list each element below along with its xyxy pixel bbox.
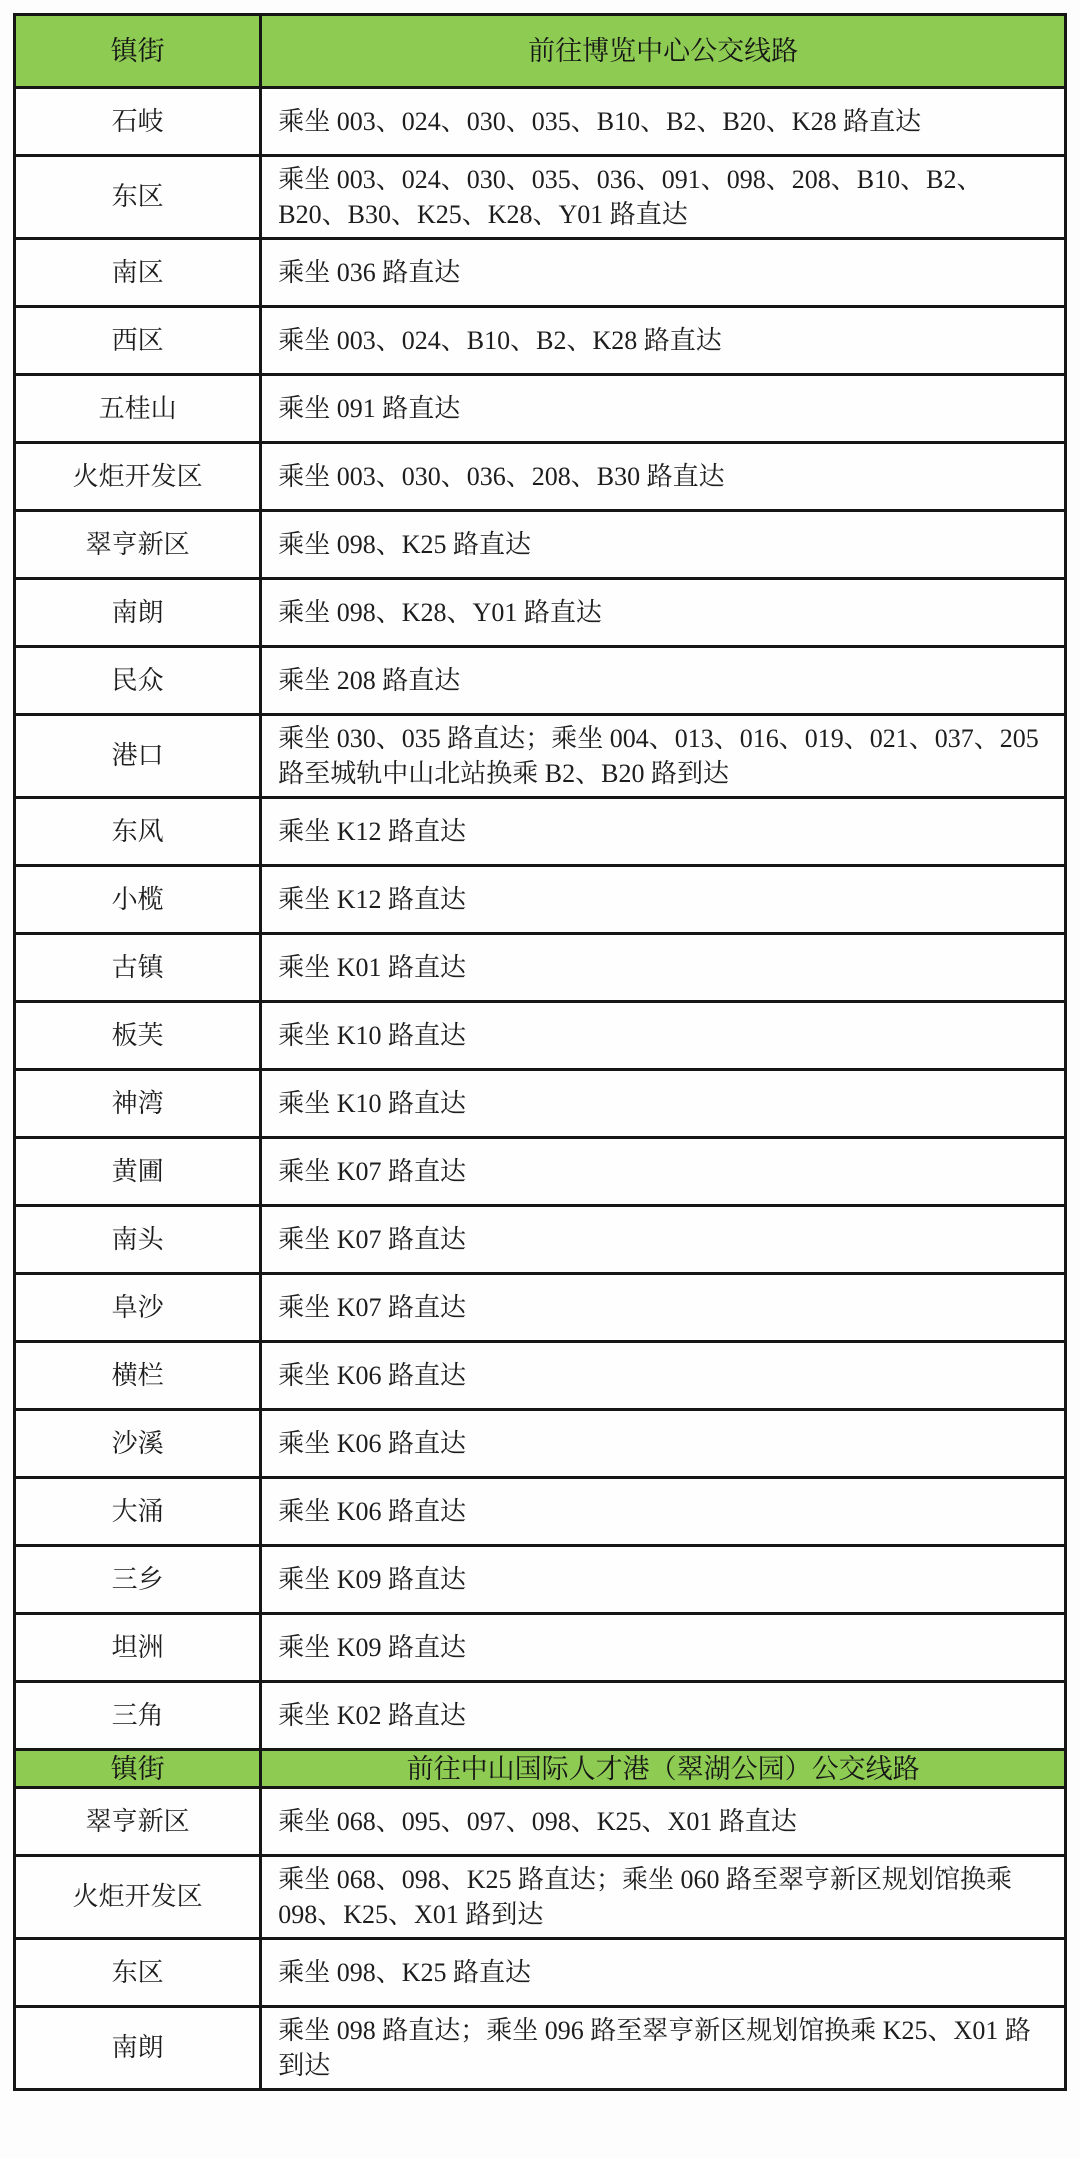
town-cell: 民众: [16, 648, 262, 713]
bus-routes-table: 镇街前往博览中心公交线路石岐乘坐 003、024、030、035、B10、B2、…: [13, 13, 1067, 2091]
routes-cell: 乘坐 003、024、030、035、B10、B2、B20、K28 路直达: [262, 89, 1064, 154]
table-row: 大涌乘坐 K06 路直达: [16, 1476, 1064, 1544]
header-town-label: 镇街: [16, 1751, 262, 1786]
town-cell: 火炬开发区: [16, 444, 262, 509]
table-row: 五桂山乘坐 091 路直达: [16, 373, 1064, 441]
town-cell: 石岐: [16, 89, 262, 154]
town-cell: 三角: [16, 1683, 262, 1748]
table-row: 小榄乘坐 K12 路直达: [16, 864, 1064, 932]
routes-cell: 乘坐 068、098、K25 路直达；乘坐 060 路至翠亨新区规划馆换乘 09…: [262, 1857, 1064, 1937]
routes-cell: 乘坐 K02 路直达: [262, 1683, 1064, 1748]
routes-cell: 乘坐 003、024、030、035、036、091、098、208、B10、B…: [262, 157, 1064, 237]
routes-cell: 乘坐 098 路直达；乘坐 096 路至翠亨新区规划馆换乘 K25、X01 路到…: [262, 2008, 1064, 2088]
town-cell: 黄圃: [16, 1139, 262, 1204]
town-cell: 坦洲: [16, 1615, 262, 1680]
routes-cell: 乘坐 036 路直达: [262, 240, 1064, 305]
town-cell: 东风: [16, 799, 262, 864]
town-cell: 南区: [16, 240, 262, 305]
routes-cell: 乘坐 K07 路直达: [262, 1275, 1064, 1340]
table-row: 民众乘坐 208 路直达: [16, 645, 1064, 713]
routes-cell: 乘坐 K07 路直达: [262, 1139, 1064, 1204]
routes-cell: 乘坐 K06 路直达: [262, 1411, 1064, 1476]
town-cell: 古镇: [16, 935, 262, 1000]
routes-cell: 乘坐 K06 路直达: [262, 1479, 1064, 1544]
routes-cell: 乘坐 K09 路直达: [262, 1547, 1064, 1612]
town-cell: 神湾: [16, 1071, 262, 1136]
table-row: 三角乘坐 K02 路直达: [16, 1680, 1064, 1748]
table-row: 南朗乘坐 098 路直达；乘坐 096 路至翠亨新区规划馆换乘 K25、X01 …: [16, 2005, 1064, 2088]
town-cell: 火炬开发区: [16, 1857, 262, 1937]
table-row: 古镇乘坐 K01 路直达: [16, 932, 1064, 1000]
table-row: 火炬开发区乘坐 068、098、K25 路直达；乘坐 060 路至翠亨新区规划馆…: [16, 1854, 1064, 1937]
routes-cell: 乘坐 K09 路直达: [262, 1615, 1064, 1680]
town-cell: 西区: [16, 308, 262, 373]
routes-cell: 乘坐 098、K25 路直达: [262, 512, 1064, 577]
table-row: 坦洲乘坐 K09 路直达: [16, 1612, 1064, 1680]
town-cell: 港口: [16, 716, 262, 796]
table-row: 火炬开发区乘坐 003、030、036、208、B30 路直达: [16, 441, 1064, 509]
header-row: 镇街前往中山国际人才港（翠湖公园）公交线路: [16, 1748, 1064, 1786]
table-row: 横栏乘坐 K06 路直达: [16, 1340, 1064, 1408]
town-cell: 三乡: [16, 1547, 262, 1612]
page: 镇街前往博览中心公交线路石岐乘坐 003、024、030、035、B10、B2、…: [0, 0, 1080, 2159]
header-row: 镇街前往博览中心公交线路: [16, 16, 1064, 86]
town-cell: 横栏: [16, 1343, 262, 1408]
header-town-label: 镇街: [16, 16, 262, 86]
town-cell: 东区: [16, 157, 262, 237]
table-row: 翠亨新区乘坐 098、K25 路直达: [16, 509, 1064, 577]
routes-cell: 乘坐 208 路直达: [262, 648, 1064, 713]
table-row: 南头乘坐 K07 路直达: [16, 1204, 1064, 1272]
header-routes-label: 前往博览中心公交线路: [262, 16, 1064, 86]
routes-cell: 乘坐 003、030、036、208、B30 路直达: [262, 444, 1064, 509]
table-row: 翠亨新区乘坐 068、095、097、098、K25、X01 路直达: [16, 1786, 1064, 1854]
town-cell: 南头: [16, 1207, 262, 1272]
routes-cell: 乘坐 098、K28、Y01 路直达: [262, 580, 1064, 645]
town-cell: 阜沙: [16, 1275, 262, 1340]
routes-cell: 乘坐 K12 路直达: [262, 799, 1064, 864]
routes-cell: 乘坐 068、095、097、098、K25、X01 路直达: [262, 1789, 1064, 1854]
routes-cell: 乘坐 K10 路直达: [262, 1071, 1064, 1136]
town-cell: 东区: [16, 1940, 262, 2005]
routes-cell: 乘坐 K12 路直达: [262, 867, 1064, 932]
routes-cell: 乘坐 K10 路直达: [262, 1003, 1064, 1068]
table-row: 石岐乘坐 003、024、030、035、B10、B2、B20、K28 路直达: [16, 86, 1064, 154]
routes-cell: 乘坐 098、K25 路直达: [262, 1940, 1064, 2005]
table-row: 东区乘坐 098、K25 路直达: [16, 1937, 1064, 2005]
table-row: 三乡乘坐 K09 路直达: [16, 1544, 1064, 1612]
header-routes-label: 前往中山国际人才港（翠湖公园）公交线路: [262, 1751, 1064, 1786]
routes-cell: 乘坐 K06 路直达: [262, 1343, 1064, 1408]
routes-cell: 乘坐 K07 路直达: [262, 1207, 1064, 1272]
table-row: 南区乘坐 036 路直达: [16, 237, 1064, 305]
routes-cell: 乘坐 003、024、B10、B2、K28 路直达: [262, 308, 1064, 373]
table-row: 港口乘坐 030、035 路直达；乘坐 004、013、016、019、021、…: [16, 713, 1064, 796]
town-cell: 大涌: [16, 1479, 262, 1544]
routes-cell: 乘坐 091 路直达: [262, 376, 1064, 441]
table-row: 黄圃乘坐 K07 路直达: [16, 1136, 1064, 1204]
town-cell: 翠亨新区: [16, 512, 262, 577]
town-cell: 南朗: [16, 580, 262, 645]
town-cell: 五桂山: [16, 376, 262, 441]
town-cell: 南朗: [16, 2008, 262, 2088]
town-cell: 板芙: [16, 1003, 262, 1068]
routes-cell: 乘坐 030、035 路直达；乘坐 004、013、016、019、021、03…: [262, 716, 1064, 796]
table-row: 神湾乘坐 K10 路直达: [16, 1068, 1064, 1136]
table-row: 西区乘坐 003、024、B10、B2、K28 路直达: [16, 305, 1064, 373]
table-row: 沙溪乘坐 K06 路直达: [16, 1408, 1064, 1476]
town-cell: 翠亨新区: [16, 1789, 262, 1854]
table-row: 东风乘坐 K12 路直达: [16, 796, 1064, 864]
table-row: 南朗乘坐 098、K28、Y01 路直达: [16, 577, 1064, 645]
town-cell: 小榄: [16, 867, 262, 932]
town-cell: 沙溪: [16, 1411, 262, 1476]
table-row: 阜沙乘坐 K07 路直达: [16, 1272, 1064, 1340]
routes-cell: 乘坐 K01 路直达: [262, 935, 1064, 1000]
table-row: 东区乘坐 003、024、030、035、036、091、098、208、B10…: [16, 154, 1064, 237]
table-row: 板芙乘坐 K10 路直达: [16, 1000, 1064, 1068]
